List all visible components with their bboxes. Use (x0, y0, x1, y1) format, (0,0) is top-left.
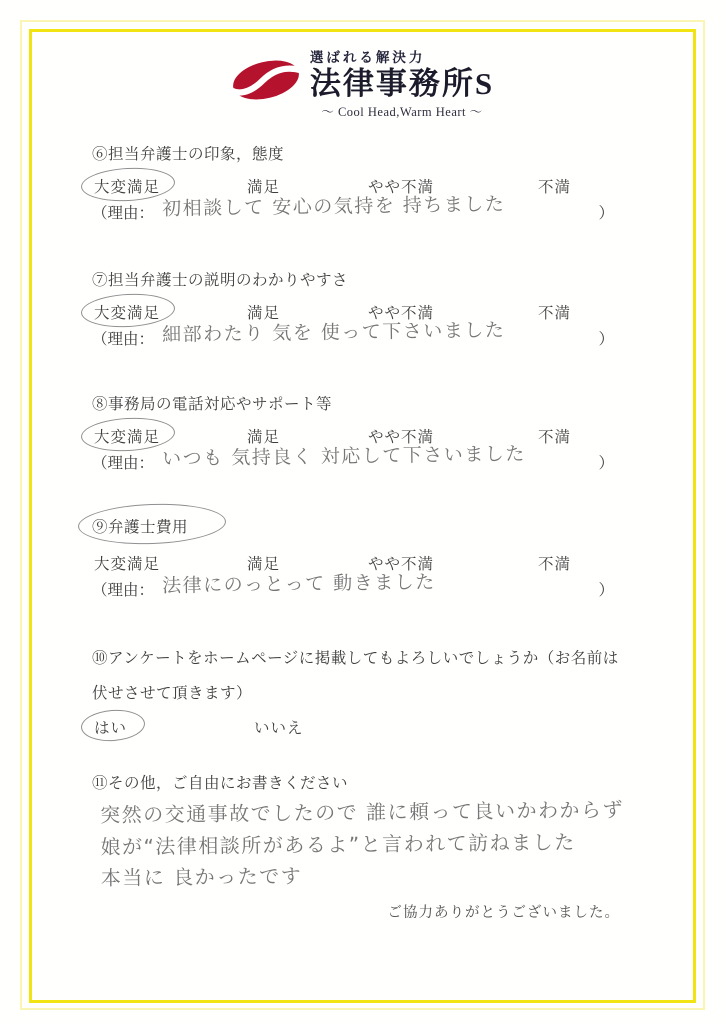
logo-text-block: 選ばれる解決力 法律事務所S ～ Cool Head,Warm Heart ～ (310, 46, 494, 120)
question-7-title: ⑦担当弁護士の説明のわかりやすさ (92, 270, 632, 292)
selection-circle (80, 707, 146, 742)
option-yes: はい (94, 716, 127, 738)
reason-handwriting: 初相談して 安心の気持を 持ちました (162, 189, 505, 221)
handwriting-line-2: 娘が“法律相談所があるよ”と言われて訪ねました (100, 826, 632, 863)
option-dissatisfied: 不満 (538, 552, 571, 574)
reason-handwriting: いつも 気持良く 対応して下さいました (162, 439, 526, 471)
reason-label: （理由： (92, 578, 154, 600)
reason-close-paren: ） (598, 201, 614, 223)
option-very-satisfied: 大変満足 (94, 552, 160, 574)
survey-content: ⑥担当弁護士の印象，態度 大変満足 満足 やや不満 不満 （理由： 初相談して … (0, 144, 724, 923)
scanned-survey-page: 選ばれる解決力 法律事務所S ～ Cool Head,Warm Heart ～ … (0, 0, 724, 1024)
handwriting-line-1: 突然の交通事故でしたので 誰に頼って良いかわからず (100, 794, 632, 831)
handwriting-line-3: 本当に 良かったです (101, 857, 633, 894)
reason-label: （理由： (92, 451, 154, 473)
thank-you-note: ご協力ありがとうございました。 (92, 901, 632, 922)
reason-label: （理由： (92, 201, 154, 223)
question-6: ⑥担当弁護士の印象，態度 大変満足 満足 やや不満 不満 （理由： 初相談して … (92, 144, 632, 237)
logo-s-swirl-icon (230, 52, 302, 108)
question-10-options: はい いいえ (92, 716, 632, 740)
logo-catchphrase: 選ばれる解決力 (310, 46, 494, 66)
reason-close-paren: ） (598, 327, 614, 349)
option-dissatisfied: 不満 (538, 175, 571, 197)
question-6-title: ⑥担当弁護士の印象，態度 (92, 144, 632, 166)
question-8-title: ⑧事務局の電話対応やサポート等 (92, 394, 632, 416)
option-very-satisfied: 大変満足 (94, 425, 160, 447)
free-comment-handwriting: 突然の交通事故でしたので 誰に頼って良いかわからず 娘が“法律相談所があるよ”と… (100, 794, 633, 894)
option-very-satisfied: 大変満足 (94, 301, 160, 323)
reason-handwriting: 法律にのっとって 動きました (162, 567, 436, 598)
question-11-title: ⑪その他，ご自由にお書きください (92, 773, 632, 795)
reason-handwriting: 細部わたり 気を 使って下さいました (162, 315, 505, 347)
option-dissatisfied: 不満 (538, 425, 571, 447)
option-no: いいえ (254, 716, 304, 738)
question-7: ⑦担当弁護士の説明のわかりやすさ 大変満足 満足 やや不満 不満 （理由： 細部… (92, 270, 632, 363)
question-9-title-wrap: ⑨弁護士費用 (92, 513, 188, 543)
question-8-reason-row: （理由： いつも 気持良く 対応して下さいました ） (92, 451, 632, 487)
reason-label: （理由： (92, 327, 154, 349)
question-8: ⑧事務局の電話対応やサポート等 大変満足 満足 やや不満 不満 （理由： いつも… (92, 394, 632, 487)
question-10-title-line1: ⑩アンケートをホームページに掲載してもよろしいでしょうか（お名前は (92, 648, 632, 670)
logo-english-tagline: ～ Cool Head,Warm Heart ～ (310, 102, 494, 120)
question-9: ⑨弁護士費用 大変満足 満足 やや不満 不満 （理由： 法律にのっとって 動きま… (92, 513, 632, 614)
selection-circle (77, 501, 226, 546)
option-dissatisfied: 不満 (538, 301, 571, 323)
question-9-reason-row: （理由： 法律にのっとって 動きました ） (92, 578, 632, 614)
reason-close-paren: ） (598, 578, 614, 600)
question-10-title-line2: 伏せさせて頂きます） (92, 683, 632, 705)
question-11: ⑪その他，ご自由にお書きください 突然の交通事故でしたので 誰に頼って良いかわか… (92, 773, 632, 895)
law-office-logo: 選ばれる解決力 法律事務所S ～ Cool Head,Warm Heart ～ (0, 0, 724, 120)
question-6-reason-row: （理由： 初相談して 安心の気持を 持ちました ） (92, 201, 632, 237)
logo-office-name: 法律事務所S (310, 66, 494, 102)
question-10: ⑩アンケートをホームページに掲載してもよろしいでしょうか（お名前は 伏せさせて頂… (92, 648, 632, 740)
option-very-satisfied: 大変満足 (94, 175, 160, 197)
question-7-reason-row: （理由： 細部わたり 気を 使って下さいました ） (92, 327, 632, 363)
reason-close-paren: ） (598, 451, 614, 473)
